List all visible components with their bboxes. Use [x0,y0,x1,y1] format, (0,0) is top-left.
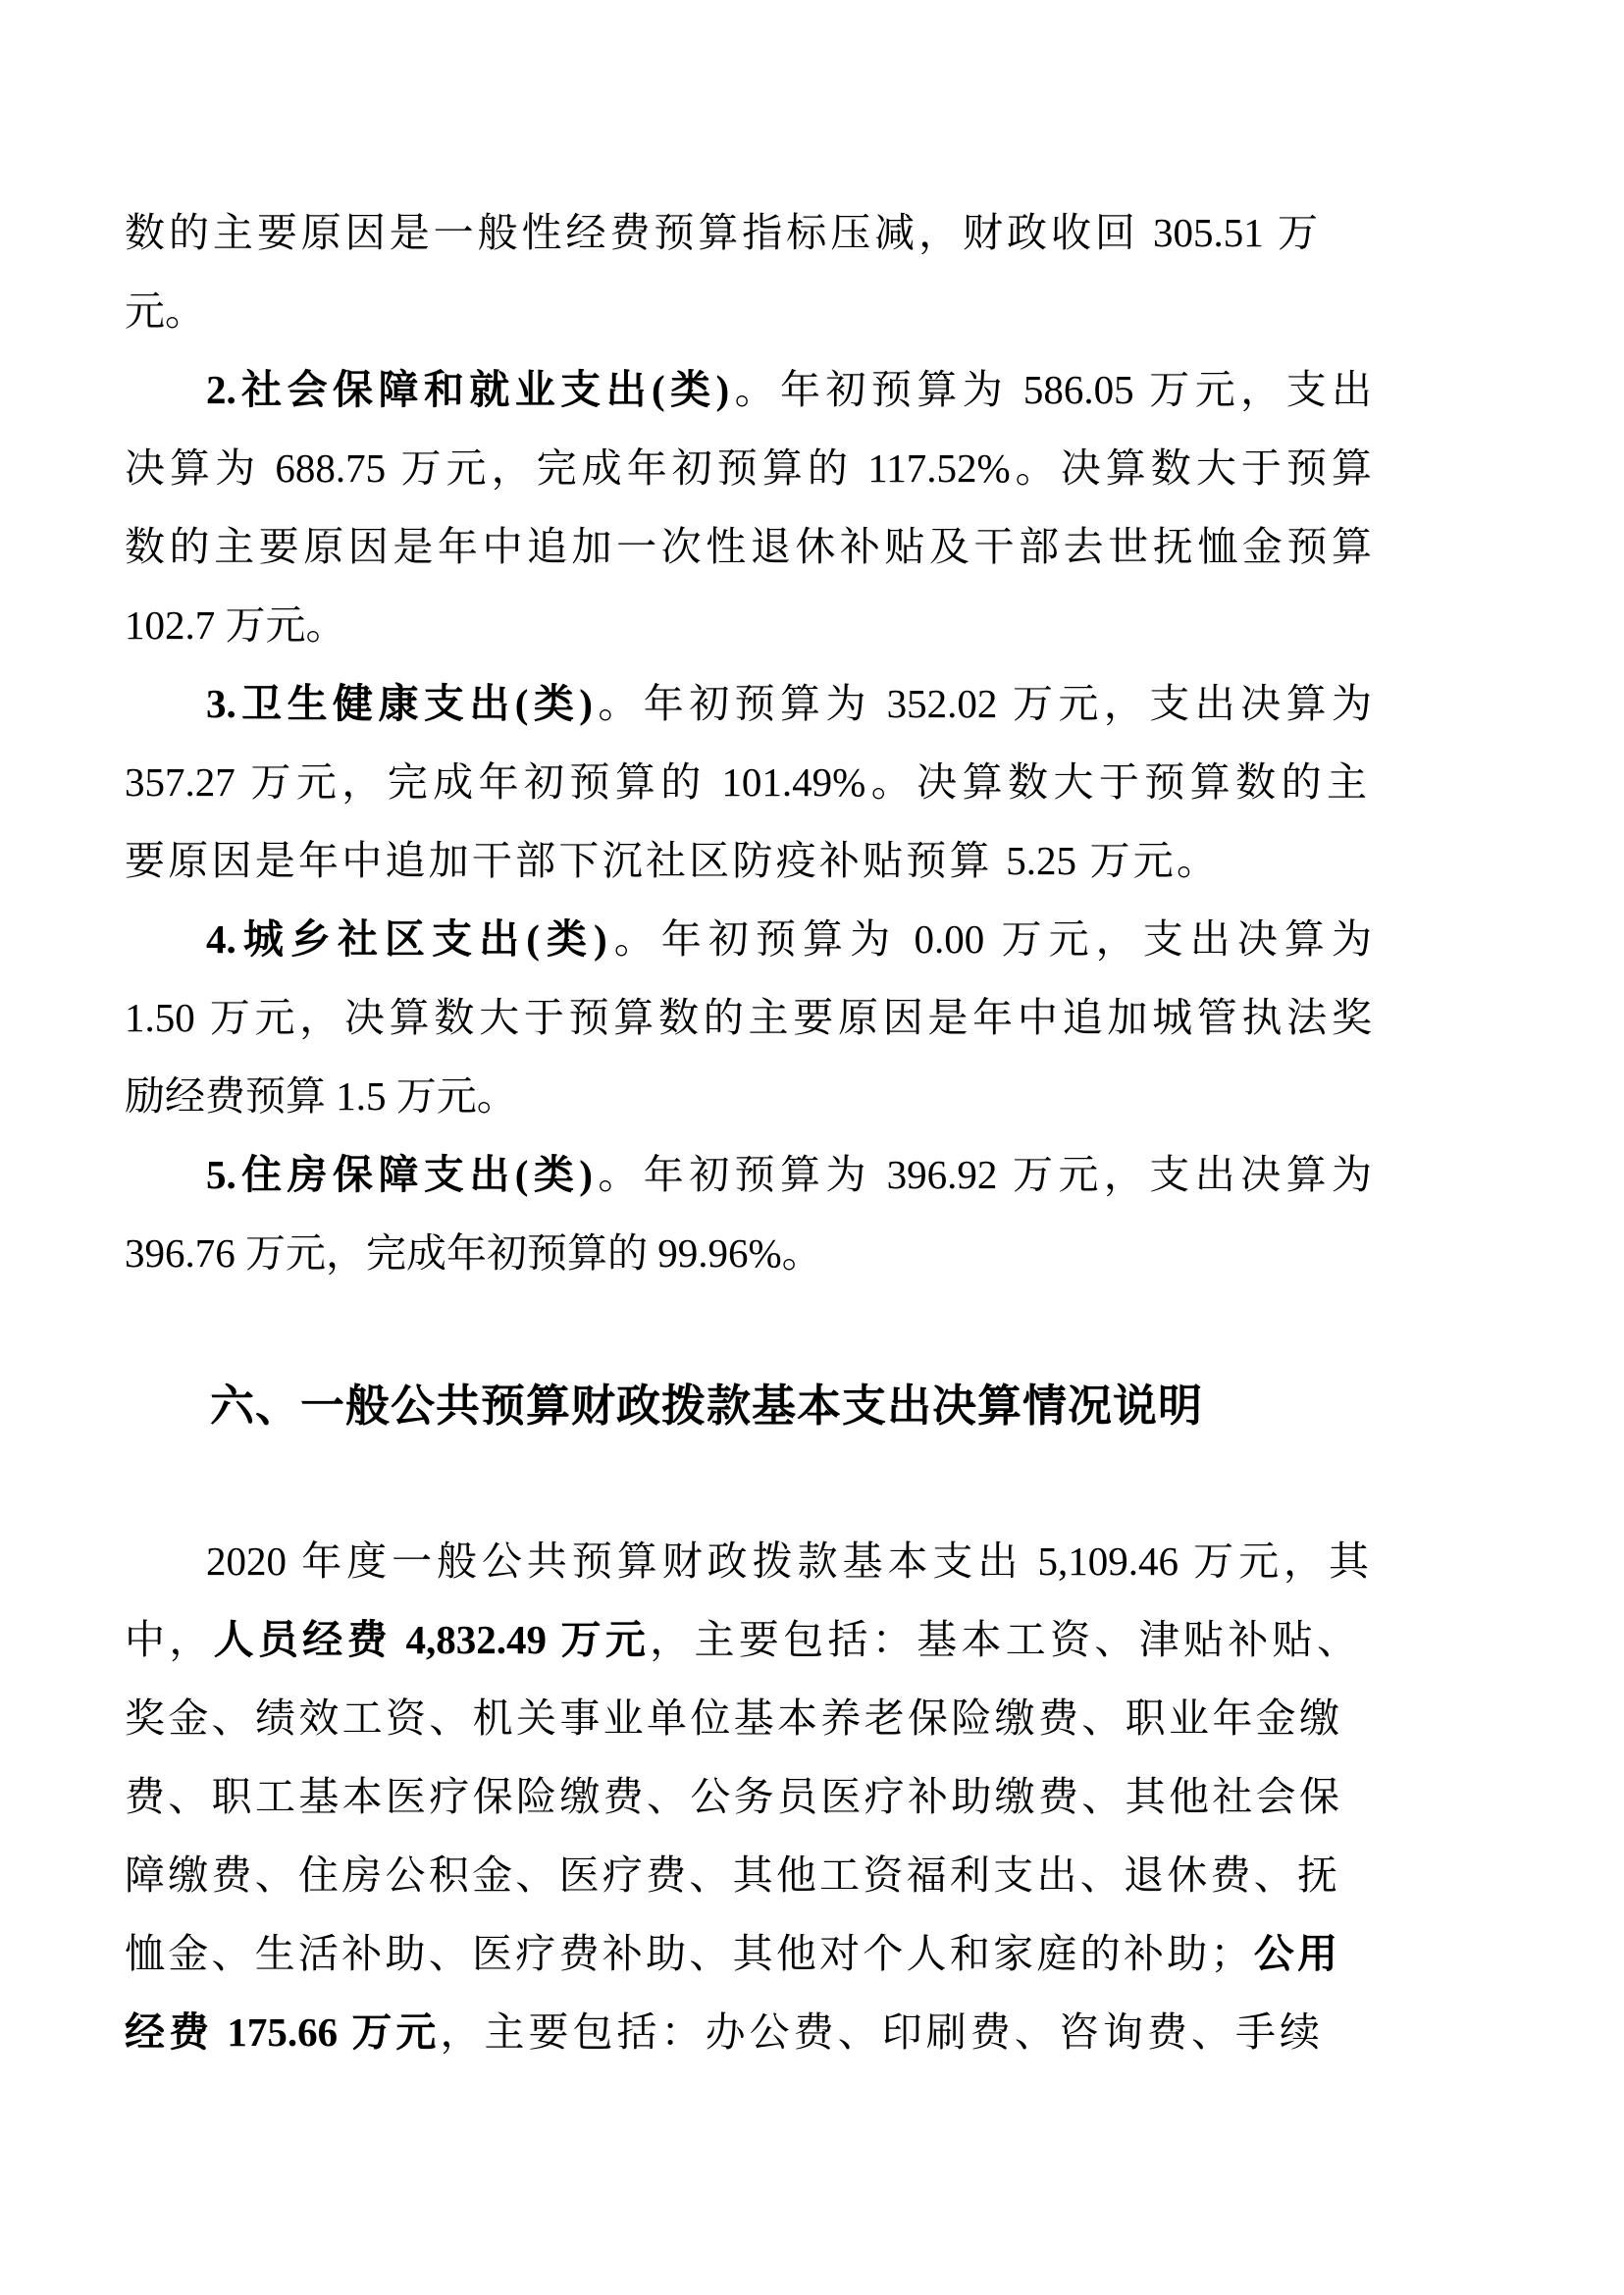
text-run: 奖金、绩效工资、机关事业单位基本养老保险缴费、职业年金缴 [125,1695,1339,1741]
document-page: 数的主要原因是一般性经费预算指标压减，财政收回 305.51 万元。2.社会保障… [0,0,1624,2295]
text-run: 恤金、生活补助、医疗费补助、其他对个人和家庭的补助； [125,1931,1250,1976]
text-line: 2.社会保障和就业支出(类)。年初预算为 586.05 万元，支出 [125,350,1372,429]
text-run: 励经费预算 1.5 万元。 [125,1073,517,1119]
text-line: 数的主要原因是一般性经费预算指标压减，财政收回 305.51 万 [125,193,1318,272]
bold-text-run: 5.住房保障支出(类) [206,1152,593,1197]
text-line: 元。 [125,272,1372,350]
text-run: 障缴费、住房公积金、医疗费、其他工资福利支出、退休费、抚 [125,1852,1337,1898]
para-social-security-employment: 2.社会保障和就业支出(类)。年初预算为 586.05 万元，支出决算为 688… [125,350,1372,664]
text-line: 1.50 万元，决算数大于预算数的主要原因是年中追加城管执法奖 [125,978,1372,1057]
text-line: 357.27 万元，完成年初预算的 101.49%。决算数大于预算数的主 [125,743,1367,821]
document-content: 数的主要原因是一般性经费预算指标压减，财政收回 305.51 万元。2.社会保障… [125,193,1372,2071]
text-run: 1.50 万元，决算数大于预算数的主要原因是年中追加城管执法奖 [125,995,1372,1040]
text-line: 2020 年度一般公共预算财政拨款基本支出 5,109.46 万元，其 [125,1522,1369,1600]
text-run: 102.7 万元。 [125,602,346,648]
para-basic-expenditure-detail: 2020 年度一般公共预算财政拨款基本支出 5,109.46 万元，其中，人员经… [125,1522,1372,2071]
text-line: 396.76 万元，完成年初预算的 99.96%。 [125,1214,1372,1292]
bold-text-run: 2.社会保障和就业支出(类) [206,367,729,412]
text-line: 数的主要原因是年中追加一次性退休补贴及干部去世抚恤金预算 [125,507,1372,586]
text-line: 奖金、绩效工资、机关事业单位基本养老保险缴费、职业年金缴 [125,1679,1339,1757]
para-health: 3.卫生健康支出(类)。年初预算为 352.02 万元，支出决算为357.27 … [125,664,1372,900]
para-general-expense-continuation: 数的主要原因是一般性经费预算指标压减，财政收回 305.51 万元。 [125,193,1372,350]
text-run: 357.27 万元，完成年初预算的 101.49%。决算数大于预算数的主 [125,759,1367,805]
text-line: 障缴费、住房公积金、医疗费、其他工资福利支出、退休费、抚 [125,1836,1337,1914]
text-run: 。年初预算为 396.92 万元，支出决算为 [593,1152,1372,1197]
text-line: 要原因是年中追加干部下沉社区防疫补贴预算 5.25 万元。 [125,821,1217,900]
text-run: ，主要包括：基本工资、津贴补贴、 [650,1617,1357,1662]
text-run: 数的主要原因是年中追加一次性退休补贴及干部去世抚恤金预算 [125,524,1372,569]
text-run: 决算为 688.75 万元，完成年初预算的 117.52%。决算数大于预算 [125,445,1372,491]
text-run: 数的主要原因是一般性经费预算指标压减，财政收回 305.51 万 [125,210,1318,255]
text-line: 经费 175.66 万元，主要包括：办公费、印刷费、咨询费、手续 [125,1993,1320,2071]
text-line: 5.住房保障支出(类)。年初预算为 396.92 万元，支出决算为 [125,1135,1372,1214]
text-run: 费、职工基本医疗保险缴费、公务员医疗补助缴费、其他社会保 [125,1774,1339,1819]
bold-text-run: 经费 175.66 万元 [125,2009,440,2055]
text-line: 中，人员经费 4,832.49 万元，主要包括：基本工资、津贴补贴、 [125,1600,1357,1679]
text-line: 决算为 688.75 万元，完成年初预算的 117.52%。决算数大于预算 [125,429,1372,507]
bold-text-run: 公用 [1250,1931,1337,1976]
text-run: 2020 年度一般公共预算财政拨款基本支出 5,109.46 万元，其 [206,1539,1369,1584]
text-run: 396.76 万元，完成年初预算的 99.96%。 [125,1230,822,1276]
bold-text-run: 人员经费 4,832.49 万元 [214,1617,651,1662]
text-line: 4.城乡社区支出(类)。年初预算为 0.00 万元，支出决算为 [125,900,1372,978]
text-run: 。年初预算为 352.02 万元，支出决算为 [593,681,1372,726]
text-run: 要原因是年中追加干部下沉社区防疫补贴预算 5.25 万元。 [125,838,1217,883]
bold-text-run: 4.城乡社区支出(类) [206,916,607,962]
section-heading: 六、一般公共预算财政拨款基本支出决算情况说明 [125,1359,1372,1453]
bold-text-run: 3.卫生健康支出(类) [206,681,593,726]
text-run: 元。 [125,288,205,334]
text-run: 。年初预算为 0.00 万元，支出决算为 [607,916,1372,962]
text-line: 102.7 万元。 [125,586,1372,664]
text-line: 费、职工基本医疗保险缴费、公务员医疗补助缴费、其他社会保 [125,1757,1339,1836]
body-before-heading: 数的主要原因是一般性经费预算指标压减，财政收回 305.51 万元。2.社会保障… [125,193,1372,1292]
text-line: 3.卫生健康支出(类)。年初预算为 352.02 万元，支出决算为 [125,664,1372,743]
para-urban-rural-community: 4.城乡社区支出(类)。年初预算为 0.00 万元，支出决算为1.50 万元，决… [125,900,1372,1135]
text-run: 。年初预算为 586.05 万元，支出 [729,367,1372,412]
body-after-heading: 2020 年度一般公共预算财政拨款基本支出 5,109.46 万元，其中，人员经… [125,1522,1372,2071]
text-run: ，主要包括：办公费、印刷费、咨询费、手续 [440,2009,1320,2055]
text-line: 励经费预算 1.5 万元。 [125,1057,1372,1135]
text-run: 中， [125,1617,214,1662]
text-line: 恤金、生活补助、医疗费补助、其他对个人和家庭的补助；公用 [125,1914,1337,1993]
para-housing-security: 5.住房保障支出(类)。年初预算为 396.92 万元，支出决算为396.76 … [125,1135,1372,1292]
